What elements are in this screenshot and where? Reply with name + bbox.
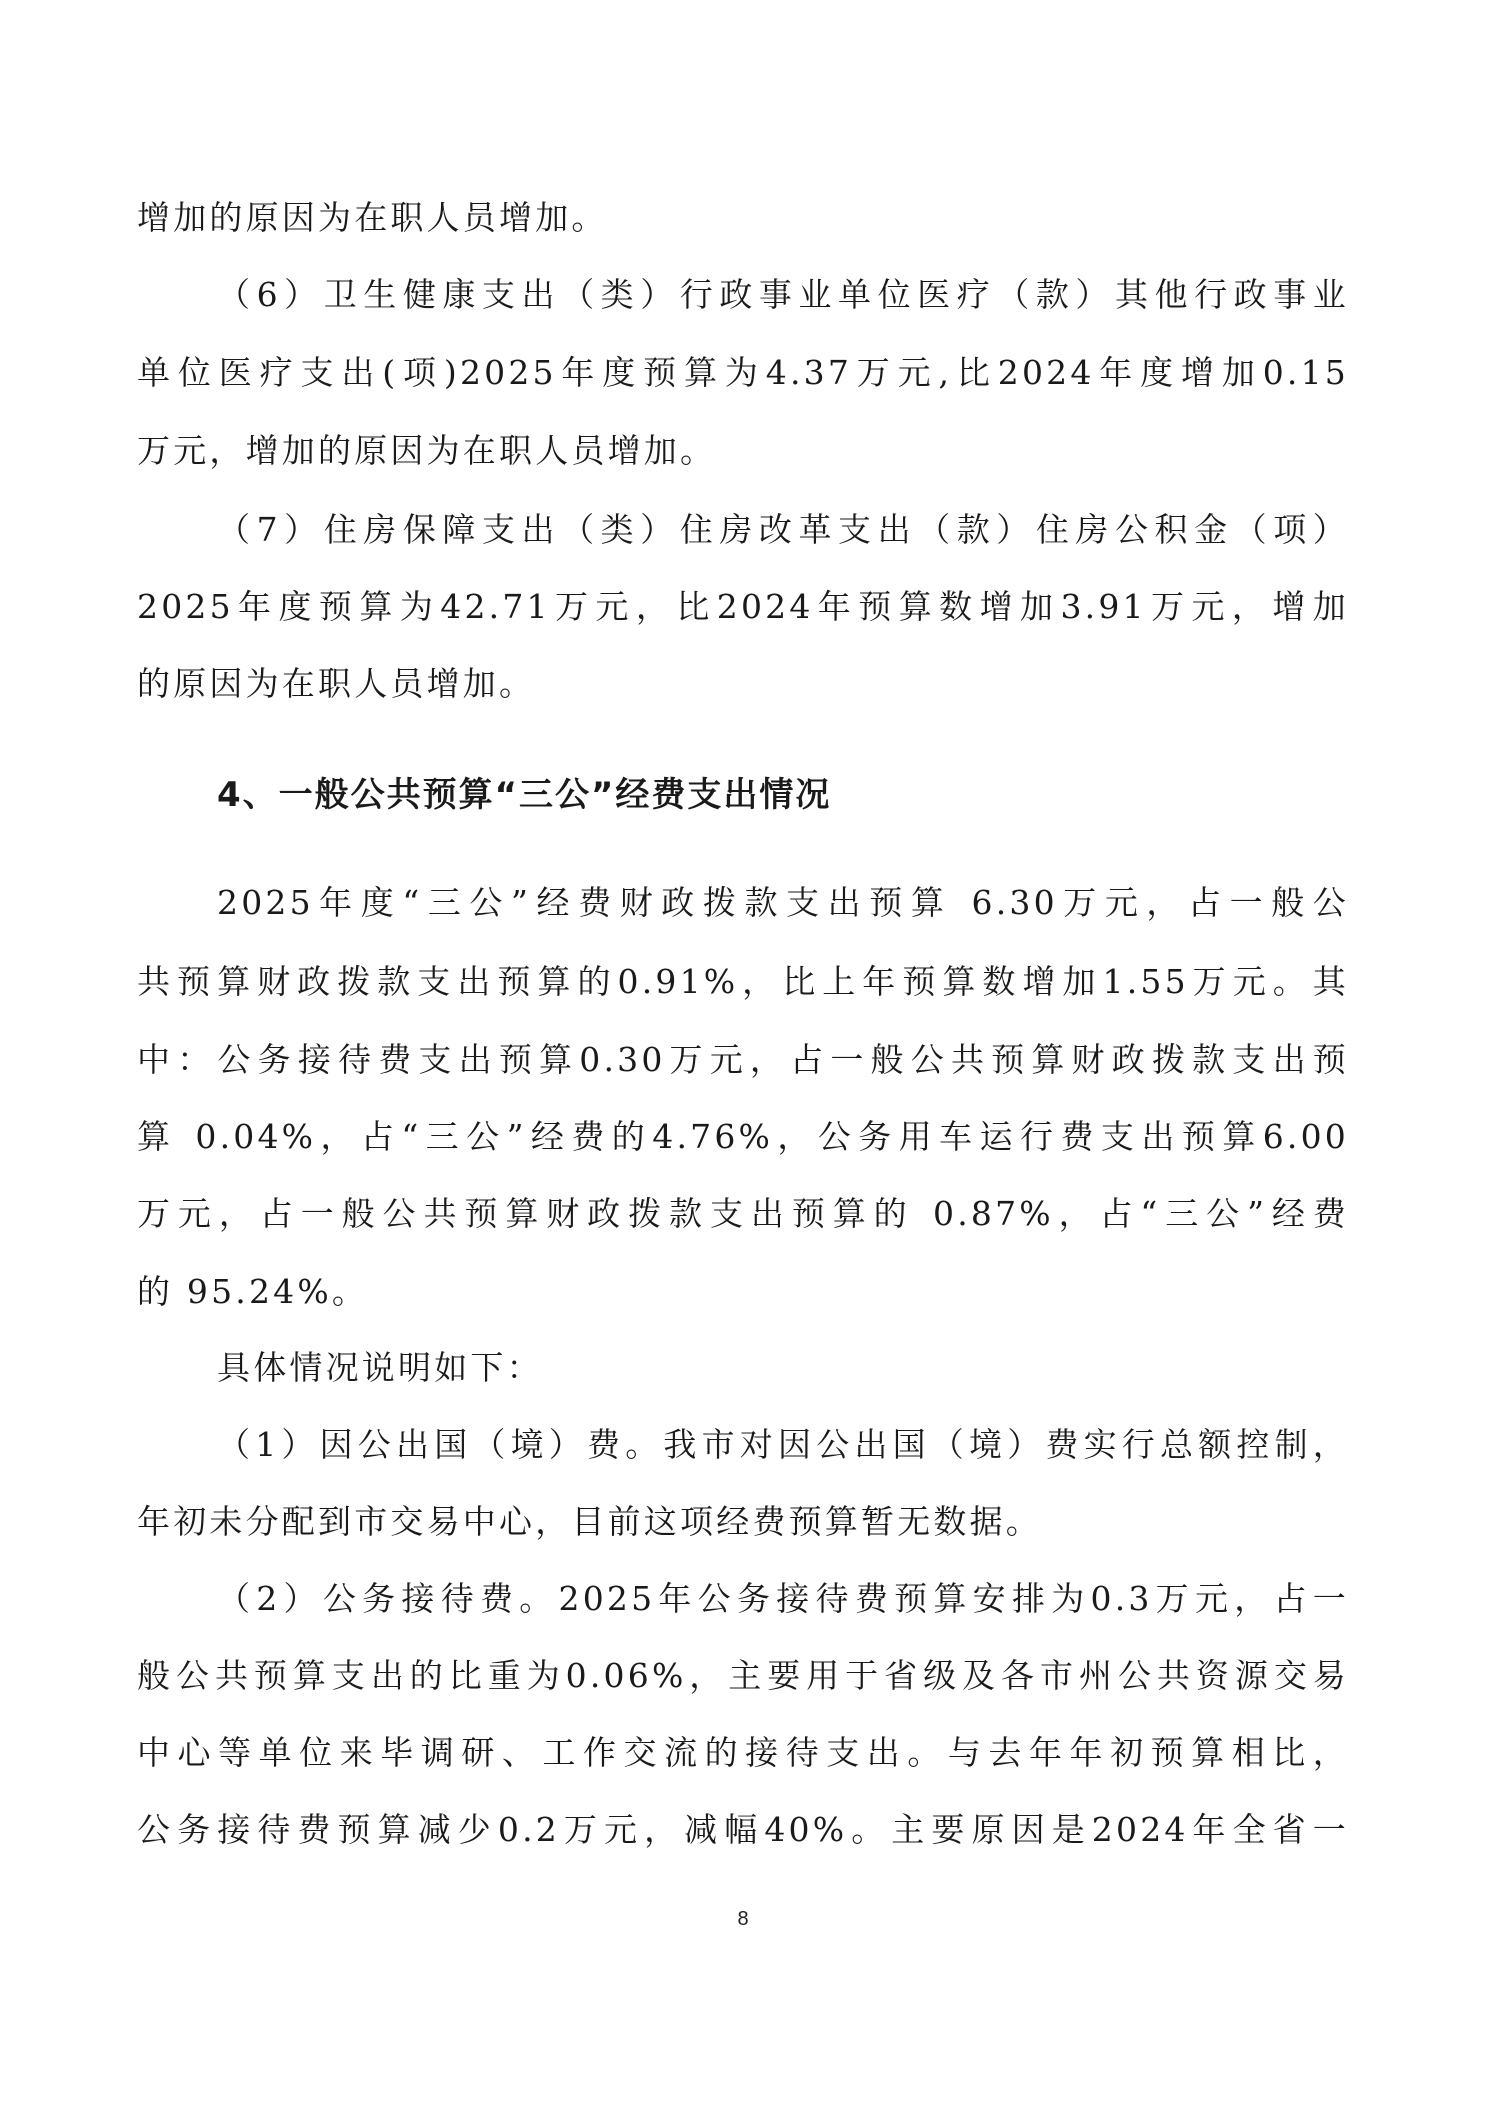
- body-text-line: （6）卫生健康支出（类）行政事业单位医疗（款）其他行政事业: [217, 275, 1349, 315]
- body-text-line: 2025年度“三公”经费财政拨款支出预算 6.30万元，占一般公: [217, 883, 1349, 923]
- body-text-line: 单位医疗支出(项)2025年度预算为4.37万元,比2024年度增加0.15: [137, 353, 1349, 393]
- body-text-line: 的原因为在职人员增加。: [137, 664, 1349, 704]
- body-text-line: 的 95.24%。: [137, 1272, 1349, 1312]
- body-text-line: （1）因公出国（境）费。我市对因公出国（境）费实行总额控制，: [217, 1425, 1349, 1465]
- body-text-line: 年初未分配到市交易中心，目前这项经费预算暂无数据。: [137, 1502, 1349, 1542]
- page-number: 8: [0, 1908, 1486, 1931]
- document-page: 增加的原因为在职人员增加。 （6）卫生健康支出（类）行政事业单位医疗（款）其他行…: [0, 0, 1486, 2103]
- body-text-line: 算 0.04%，占“三公”经费的4.76%，公务用车运行费支出预算6.00: [137, 1117, 1349, 1157]
- body-text-line: 中：公务接待费支出预算0.30万元，占一般公共预算财政拨款支出预: [137, 1040, 1349, 1080]
- body-text-line: 中心等单位来毕调研、工作交流的接待支出。与去年年初预算相比，: [137, 1733, 1349, 1773]
- body-text-line: 具体情况说明如下：: [217, 1348, 1349, 1388]
- body-text-line: 万元，增加的原因为在职人员增加。: [137, 431, 1349, 471]
- body-text-line: 公务接待费预算减少0.2万元，减幅40%。主要原因是2024年全省一: [137, 1810, 1349, 1850]
- body-text-line: 共预算财政拨款支出预算的0.91%，比上年预算数增加1.55万元。其: [137, 962, 1349, 1002]
- body-text-line: 般公共预算支出的比重为0.06%，主要用于省级及各市州公共资源交易: [137, 1656, 1349, 1696]
- body-text-line: （7）住房保障支出（类）住房改革支出（款）住房公积金（项）: [217, 510, 1349, 550]
- body-text-line: （2）公务接待费。2025年公务接待费预算安排为0.3万元，占一: [217, 1579, 1349, 1619]
- body-text-line: 2025年度预算为42.71万元，比2024年预算数增加3.91万元，增加: [137, 587, 1349, 627]
- body-text-line: 增加的原因为在职人员增加。: [137, 198, 1349, 238]
- section-heading: 4、一般公共预算“三公”经费支出情况: [217, 774, 831, 816]
- body-text-line: 万元，占一般公共预算财政拨款支出预算的 0.87%，占“三公”经费: [137, 1194, 1349, 1234]
